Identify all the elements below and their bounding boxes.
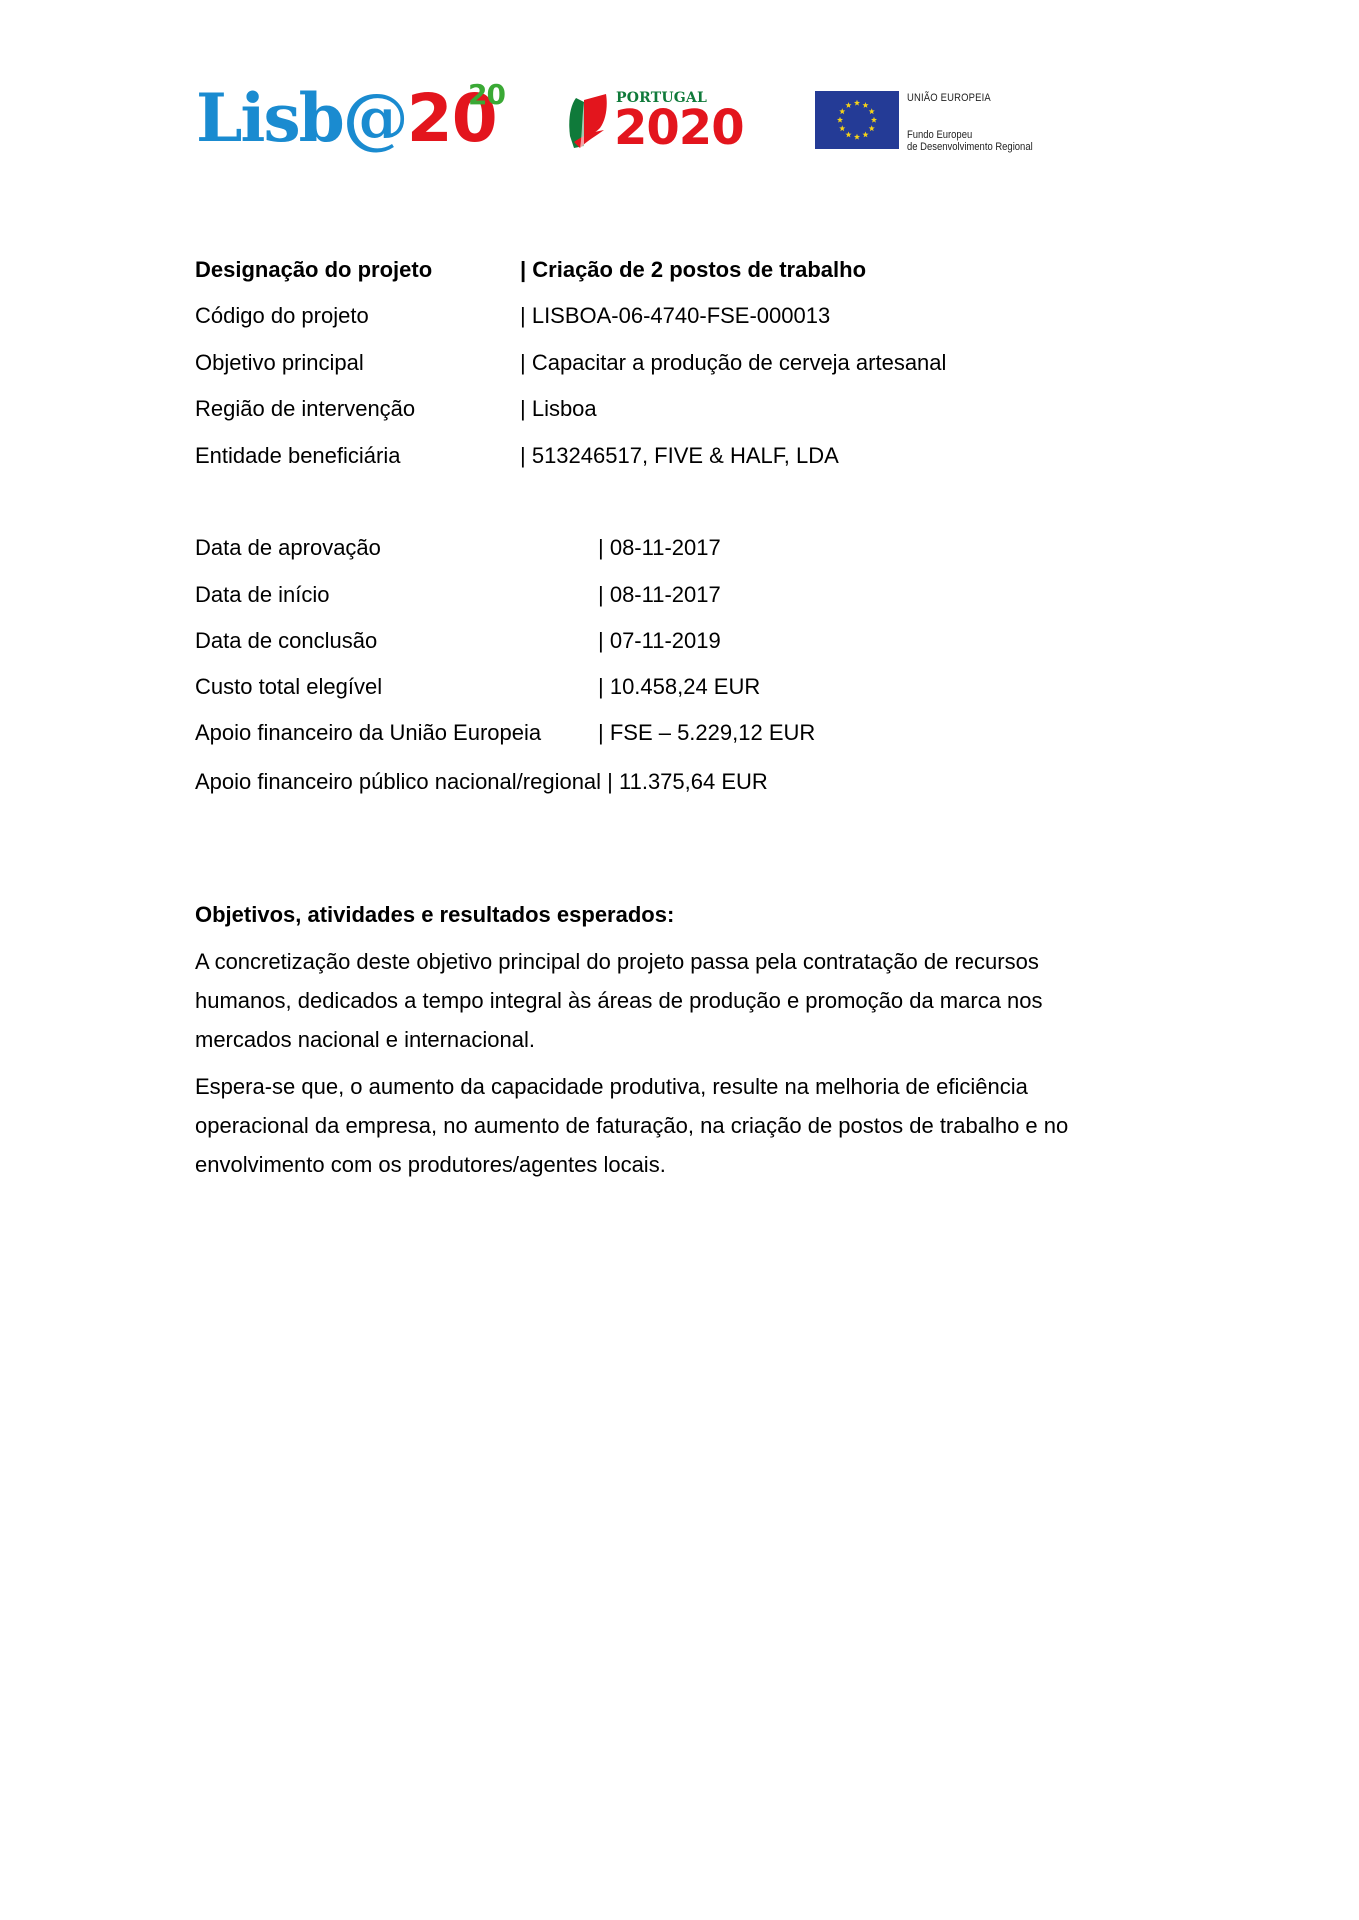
value-objetivo: | Capacitar a produção de cerveja artesa…	[520, 350, 946, 376]
label-custo-total: Custo total elegível	[195, 674, 382, 700]
paragraph-2-line-1: Espera-se que, o aumento da capacidade p…	[195, 1074, 1028, 1100]
lisboa-logo-wordmark: Lisb@20	[196, 82, 497, 155]
eu-fund-line-2: de Desenvolvimento Regional	[907, 141, 1033, 153]
label-data-inicio: Data de início	[195, 582, 330, 608]
paragraph-1-line-1: A concretização deste objetivo principal…	[195, 949, 1039, 975]
paragraph-1-line-3: mercados nacional e internacional.	[195, 1027, 535, 1053]
value-custo-total: | 10.458,24 EUR	[598, 674, 760, 700]
paragraph-2-line-2: operacional da empresa, no aumento de fa…	[195, 1113, 1068, 1139]
lisboa-logo-superscript: 20	[468, 80, 505, 110]
lisboa-2020-logo: Lisb@20 20	[196, 82, 526, 154]
portugal-logo-year: 2020	[614, 104, 744, 152]
value-regiao: | Lisboa	[520, 396, 597, 422]
portugal-2020-logo: PORTUGAL 2020	[566, 88, 776, 154]
value-designacao: | Criação de 2 postos de trabalho	[520, 257, 866, 283]
lisboa-logo-blue-text: Lisb@	[196, 79, 407, 157]
paragraph-2-line-3: envolvimento com os produtores/agentes l…	[195, 1152, 666, 1178]
eu-fund-logo: UNIÃO EUROPEIA Fundo Europeu de Desenvol…	[815, 91, 1055, 153]
eu-fund-line-1: Fundo Europeu	[907, 129, 1033, 141]
label-entidade: Entidade beneficiária	[195, 443, 400, 469]
label-designacao: Designação do projeto	[195, 257, 432, 283]
value-data-conclusao: | 07-11-2019	[598, 628, 721, 654]
value-codigo: | LISBOA-06-4740-FSE-000013	[520, 303, 830, 329]
eu-logo-fund-name: Fundo Europeu de Desenvolvimento Regiona…	[907, 129, 1033, 153]
label-apoio-ue: Apoio financeiro da União Europeia	[195, 720, 541, 746]
portugal-flag-emblem-icon	[566, 92, 612, 150]
label-data-conclusao: Data de conclusão	[195, 628, 377, 654]
public-support-line: Apoio financeiro público nacional/region…	[195, 769, 768, 795]
value-data-aprovacao: | 08-11-2017	[598, 535, 721, 561]
label-regiao: Região de intervenção	[195, 396, 415, 422]
objectives-heading: Objetivos, atividades e resultados esper…	[195, 902, 674, 928]
value-entidade: | 513246517, FIVE & HALF, LDA	[520, 443, 839, 469]
label-data-aprovacao: Data de aprovação	[195, 535, 381, 561]
value-apoio-ue: | FSE – 5.229,12 EUR	[598, 720, 815, 746]
value-data-inicio: | 08-11-2017	[598, 582, 721, 608]
eu-logo-title: UNIÃO EUROPEIA	[907, 92, 991, 104]
paragraph-1-line-2: humanos, dedicados a tempo integral às á…	[195, 988, 1043, 1014]
label-objetivo: Objetivo principal	[195, 350, 364, 376]
label-codigo: Código do projeto	[195, 303, 369, 329]
eu-flag-icon	[815, 91, 899, 149]
